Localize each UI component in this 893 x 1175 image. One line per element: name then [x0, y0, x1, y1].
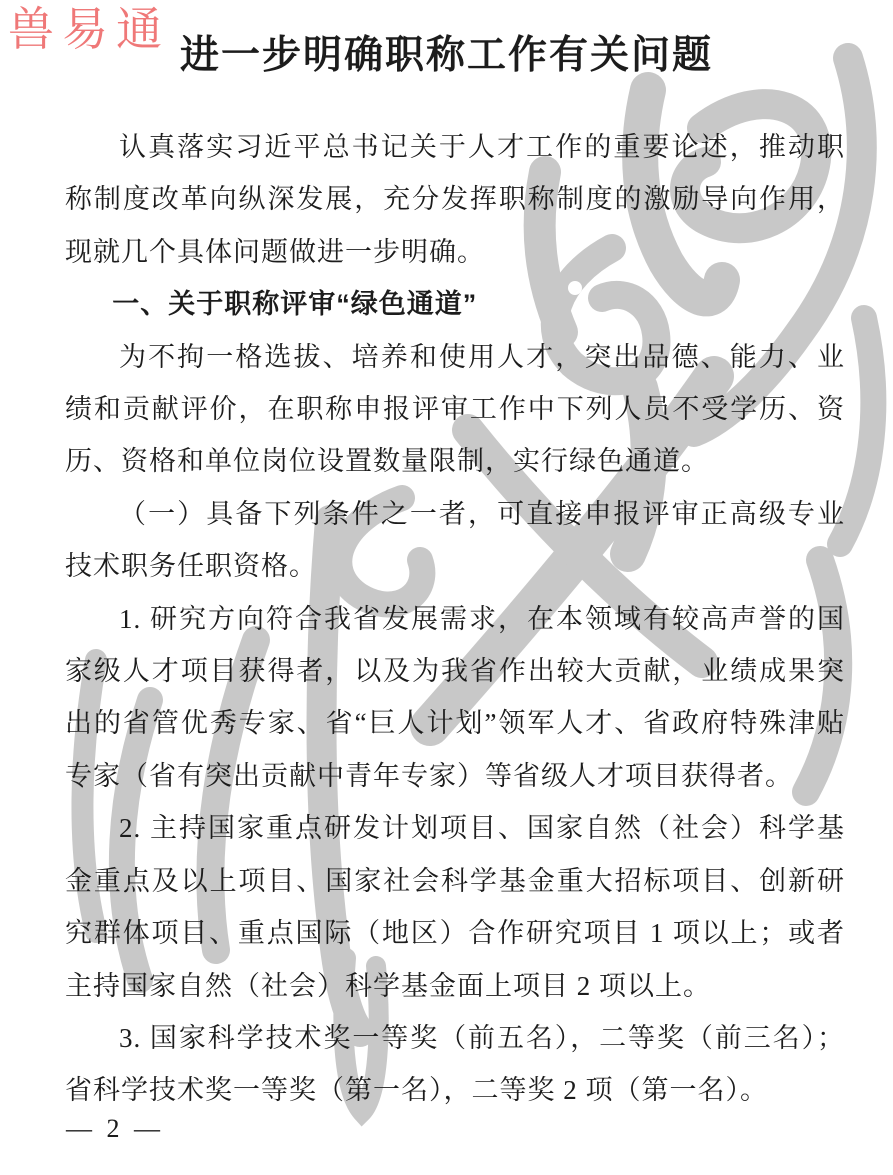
- document-page: 兽易通 进一步明确职称工作有关问题 认真落实习近平总书记关于人才工作的重要论述，…: [0, 0, 893, 1175]
- paragraph-item-3-science-awards: 3. 国家科学技术奖一等奖（前五名），二等奖（前三名）；省科学技术奖一等奖（第一…: [65, 1012, 845, 1117]
- paragraph-intro: 认真落实习近平总书记关于人才工作的重要论述，推动职称制度改革向纵深发展，充分发挥…: [65, 121, 845, 278]
- page-number: — 2 —: [66, 1114, 164, 1144]
- paragraph-item-2-research-projects: 2. 主持国家重点研发计划项目、国家自然（社会）科学基金重点及以上项目、国家社会…: [65, 802, 845, 1012]
- document-title: 进一步明确职称工作有关问题: [0, 24, 893, 80]
- document-body: 认真落实习近平总书记关于人才工作的重要论述，推动职称制度改革向纵深发展，充分发挥…: [65, 121, 845, 1117]
- section-heading-green-channel: 一、关于职称评审“绿色通道”: [65, 278, 845, 330]
- paragraph-item-1-talent-projects: 1. 研究方向符合我省发展需求，在本领域有较高声誉的国家级人才项目获得者，以及为…: [65, 593, 845, 803]
- paragraph-green-channel-policy: 为不拘一格选拔、培养和使用人才，突出品德、能力、业绩和贡献评价，在职称申报评审工…: [65, 331, 845, 488]
- paragraph-condition-clause: （一）具备下列条件之一者，可直接申报评审正高级专业技术职务任职资格。: [65, 488, 845, 593]
